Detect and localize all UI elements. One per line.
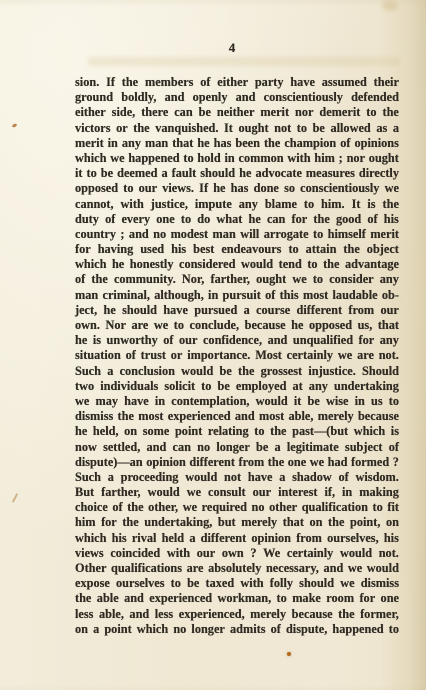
- paper-smudge: [382, 0, 398, 11]
- text-line: Suchaproceedingwouldnothaveashadowofwisd…: [75, 470, 399, 485]
- text-line: Butfarther,wouldweconsultourinterestif,i…: [75, 485, 399, 500]
- text-line: lessable,andlessexperienced,merelybecaus…: [75, 607, 399, 622]
- text-line: dismissthemostexperiencedandmostable,mer…: [75, 409, 399, 424]
- text-line: Otherqualificationsareabsolutelynecessar…: [75, 561, 399, 576]
- text-line: heisunworthyofourconfidence,andunqualifi…: [75, 333, 399, 348]
- text-line: exposeourselvestobetaxedwithfollyshouldw…: [75, 576, 399, 591]
- text-line: ject,heshouldhavepursuedacoursedifferent…: [75, 303, 399, 318]
- text-line: onapointwhichnolongeradmitsofdispute,hap…: [75, 622, 399, 637]
- text-line: whichwehappenedtoholdincommonwithhim;nor…: [75, 151, 399, 166]
- text-line: victorsorthevanquished.Itoughtnottobeall…: [75, 121, 399, 136]
- text-line: himfortheundertaking,butmerelythatonthep…: [75, 515, 399, 530]
- text-line: ittobedeemedafaultshouldheadvocatemeasur…: [75, 166, 399, 181]
- text-line: whichhehonestlyconsideredwouldtendtothea…: [75, 257, 399, 272]
- text-line: meritinanymanthathehasbeenthechampionofo…: [75, 136, 399, 151]
- text-line: whichhisrivalheldadifferentopinionfromou…: [75, 531, 399, 546]
- text-line: dispute)—anopiniondifferentfromtheoneweh…: [75, 455, 399, 470]
- text-line: dutyofeveryonetodowhathecanforthegoodofh…: [75, 212, 399, 227]
- text-line: forhavingusedhisbestendeavourstoattainth…: [75, 242, 399, 257]
- paper-scratch: [12, 493, 18, 503]
- text-line: nowsettled,andcannolongerbealegitimatesu…: [75, 440, 399, 455]
- page-number: 4: [75, 40, 389, 55]
- text-line: groundboldly,andopenlyandconscientiously…: [75, 90, 399, 105]
- foxing-spot: [12, 123, 18, 128]
- book-page: 4 sion.Ifthemembersofeitherpartyhaveassu…: [0, 0, 426, 690]
- text-line: mancriminal,although,inpursuitofthismost…: [75, 288, 399, 303]
- text-line: twoindividualssolicittobeemployedatanyun…: [75, 379, 399, 394]
- text-line: ofthecommunity.Nor,farther,oughtwetocons…: [75, 272, 399, 287]
- text-line: theableandexperiencedworkman,tomakeroomf…: [75, 591, 399, 606]
- text-line: cannot,withjustice,imputeanyblametohim.I…: [75, 197, 399, 212]
- page-text: sion.Ifthemembersofeitherpartyhaveassume…: [75, 75, 399, 637]
- foxing-spot: [287, 652, 291, 656]
- text-line: own.Norarewetoconclude,becauseheopposedu…: [75, 318, 399, 333]
- text-line: choiceoftheother,werequirednootherqualif…: [75, 500, 399, 515]
- text-line: situationoftrustorimportance.Mostcertain…: [75, 348, 399, 363]
- text-line: eitherside,therecanbeneithermeritnordeme…: [75, 105, 399, 120]
- text-line: sion.Ifthemembersofeitherpartyhaveassume…: [75, 75, 399, 90]
- text-line: wemayhaveincontemplation,woulditbewisein…: [75, 394, 399, 409]
- text-line: country;andnomodestmanwillarrogatetohims…: [75, 227, 399, 242]
- show-through-ghost: [88, 57, 400, 66]
- text-line: Suchaconclusionwouldbethegrossestinjusti…: [75, 364, 399, 379]
- text-line: opposedtoourviews.Ifhehasdonesoconscient…: [75, 181, 399, 196]
- text-line: heheld,onsomepointrelatingtothepast—(but…: [75, 424, 399, 439]
- text-line: viewscoincidedwithourown?Wecertainlywoul…: [75, 546, 399, 561]
